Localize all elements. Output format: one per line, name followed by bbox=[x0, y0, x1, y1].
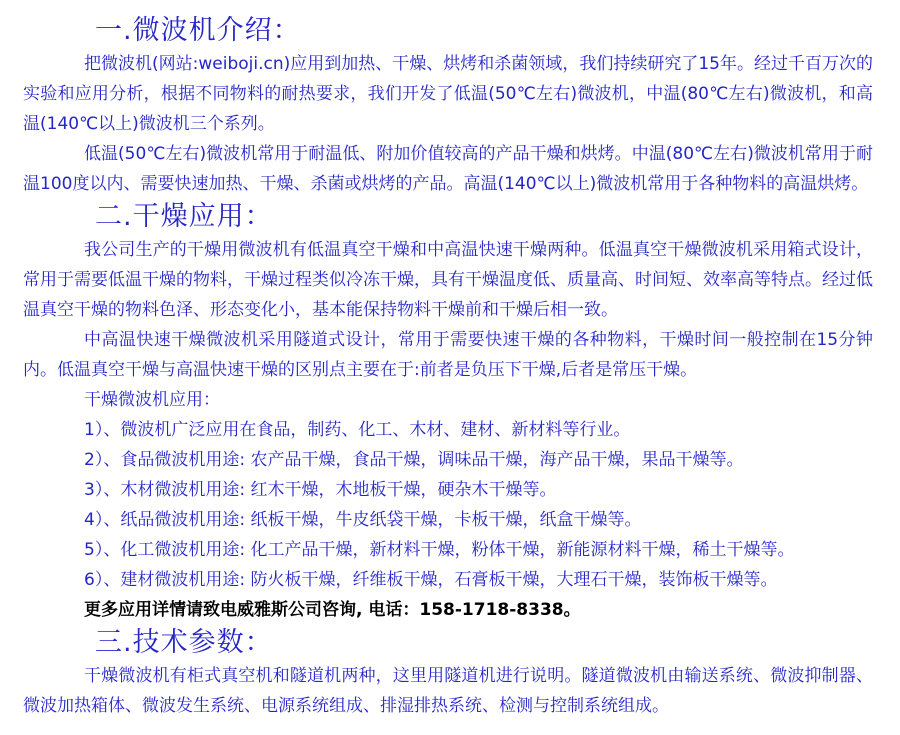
application-item-1: 1）、微波机广泛应用在食品，制药、化工、木材、建材、新材料等行业。 bbox=[84, 415, 873, 445]
application-item-6: 6）、建材微波机用途: 防火板干燥，纤维板干燥，石膏板干燥，大理石干燥，装饰板干… bbox=[84, 565, 873, 595]
section-1-heading: 一.微波机介绍： bbox=[95, 13, 873, 49]
section-2-paragraph-1: 我公司生产的干燥用微波机有低温真空干燥和中高温快速干燥两种。低温真空干燥微波机采… bbox=[23, 235, 873, 325]
document-content: 一.微波机介绍： 把微波机(网站:weiboji.cn)应用到加热、干燥、烘烤和… bbox=[0, 0, 900, 721]
application-item-2: 2）、食品微波机用途: 农产品干燥，食品干燥，调味品干燥，海产品干燥，果品干燥等… bbox=[84, 445, 873, 475]
application-item-4: 4）、纸品微波机用途: 纸板干燥，牛皮纸袋干燥，卡板干燥，纸盒干燥等。 bbox=[84, 505, 873, 535]
document-page: 一.微波机介绍： 把微波机(网站:weiboji.cn)应用到加热、干燥、烘烤和… bbox=[0, 0, 900, 735]
section-2-paragraph-2: 中高温快速干燥微波机采用隧道式设计，常用于需要快速干燥的各种物料，干燥时间一般控… bbox=[23, 325, 873, 385]
application-item-5: 5）、化工微波机用途: 化工产品干燥，新材料干燥，粉体干燥，新能源材料干燥，稀土… bbox=[84, 535, 873, 565]
section-3-heading: 三.技术参数： bbox=[95, 625, 873, 661]
section-2-heading: 二.干燥应用： bbox=[95, 199, 873, 235]
section-3-paragraph-1: 干燥微波机有柜式真空机和隧道机两种，这里用隧道机进行说明。隧道微波机由输送系统、… bbox=[23, 661, 873, 721]
contact-phone-line: 更多应用详情请致电威雅斯公司咨询, 电话：158-1718-8338。 bbox=[84, 595, 873, 625]
section-1-paragraph-2: 低温(50℃左右)微波机常用于耐温低、附加价值较高的产品干燥和烘烤。中温(80℃… bbox=[23, 139, 873, 199]
section-1-paragraph-1: 把微波机(网站:weiboji.cn)应用到加热、干燥、烘烤和杀菌领域，我们持续… bbox=[23, 49, 873, 139]
application-item-3: 3）、木材微波机用途: 红木干燥，木地板干燥，硬杂木干燥等。 bbox=[84, 475, 873, 505]
applications-label: 干燥微波机应用： bbox=[84, 385, 873, 415]
